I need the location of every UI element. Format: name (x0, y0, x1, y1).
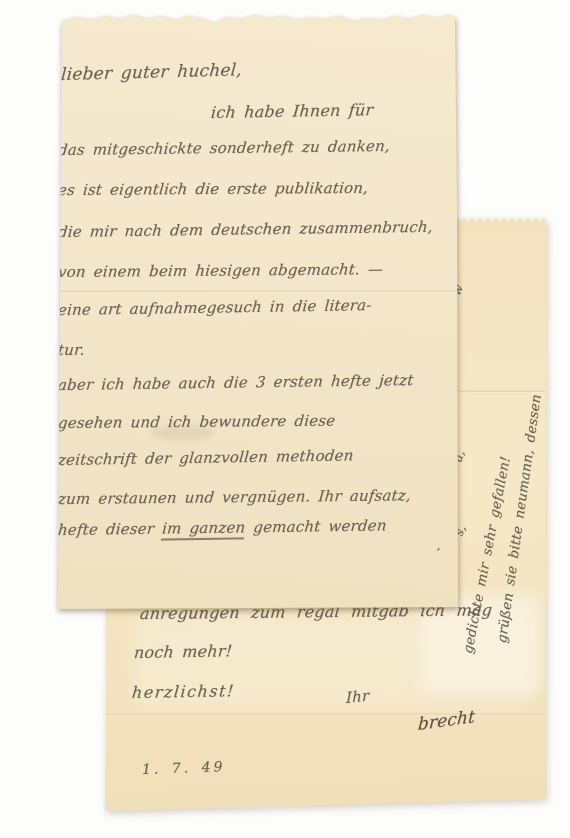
date: 1. 7. 49 (142, 759, 226, 778)
closing-ihr: Ihr (346, 687, 369, 708)
ink-fragment: ʼ (436, 546, 440, 560)
fold-crease (56, 290, 459, 293)
body-line: von einem beim hiesigen abgemacht. — (57, 260, 384, 281)
body-line: aber ich habe auch die 3 ersten hefte je… (57, 371, 414, 394)
signature: brecht (417, 707, 475, 735)
underlined-word: im ganzen (161, 518, 246, 540)
body-line: ich habe Ihnen für (210, 100, 374, 122)
body-line: zum erstaunen und vergnügen. Ihr aufsatz… (57, 486, 412, 508)
body-line: es ist eigentlich die erste publikation, (57, 179, 369, 199)
salutation-line: lieber guter huchel, (60, 60, 242, 85)
body-line: die mir nach dem deutschen zusammenbruch… (57, 218, 433, 241)
body-line: gesehen und ich bewundere diese (57, 412, 336, 432)
body-line-pre: hefte dieser (57, 520, 163, 539)
body-line-underlined: hefte dieser im ganzen gemacht werden (57, 516, 387, 539)
body-line: zeitschrift der glanzvollen methoden (57, 446, 354, 469)
letter-photo: anregungen zum regal mitgab ich mag noch… (0, 0, 570, 838)
body-line: das mitgeschickte sonderheft zu danken, (57, 137, 391, 159)
body-line: tur. (57, 341, 86, 359)
closing-line: noch mehr! (133, 641, 233, 662)
closing-line: herzlichst! (131, 681, 236, 702)
fold-crease (105, 713, 543, 716)
body-line-post: gemacht werden (245, 516, 388, 536)
letter-page-1: lieber guter huchel, ich habe Ihnen für … (56, 13, 459, 610)
body-line: eine art aufnahmegesuch in die litera- (57, 296, 372, 319)
letter-page-1-wrap: lieber guter huchel, ich habe Ihnen für … (56, 13, 459, 610)
